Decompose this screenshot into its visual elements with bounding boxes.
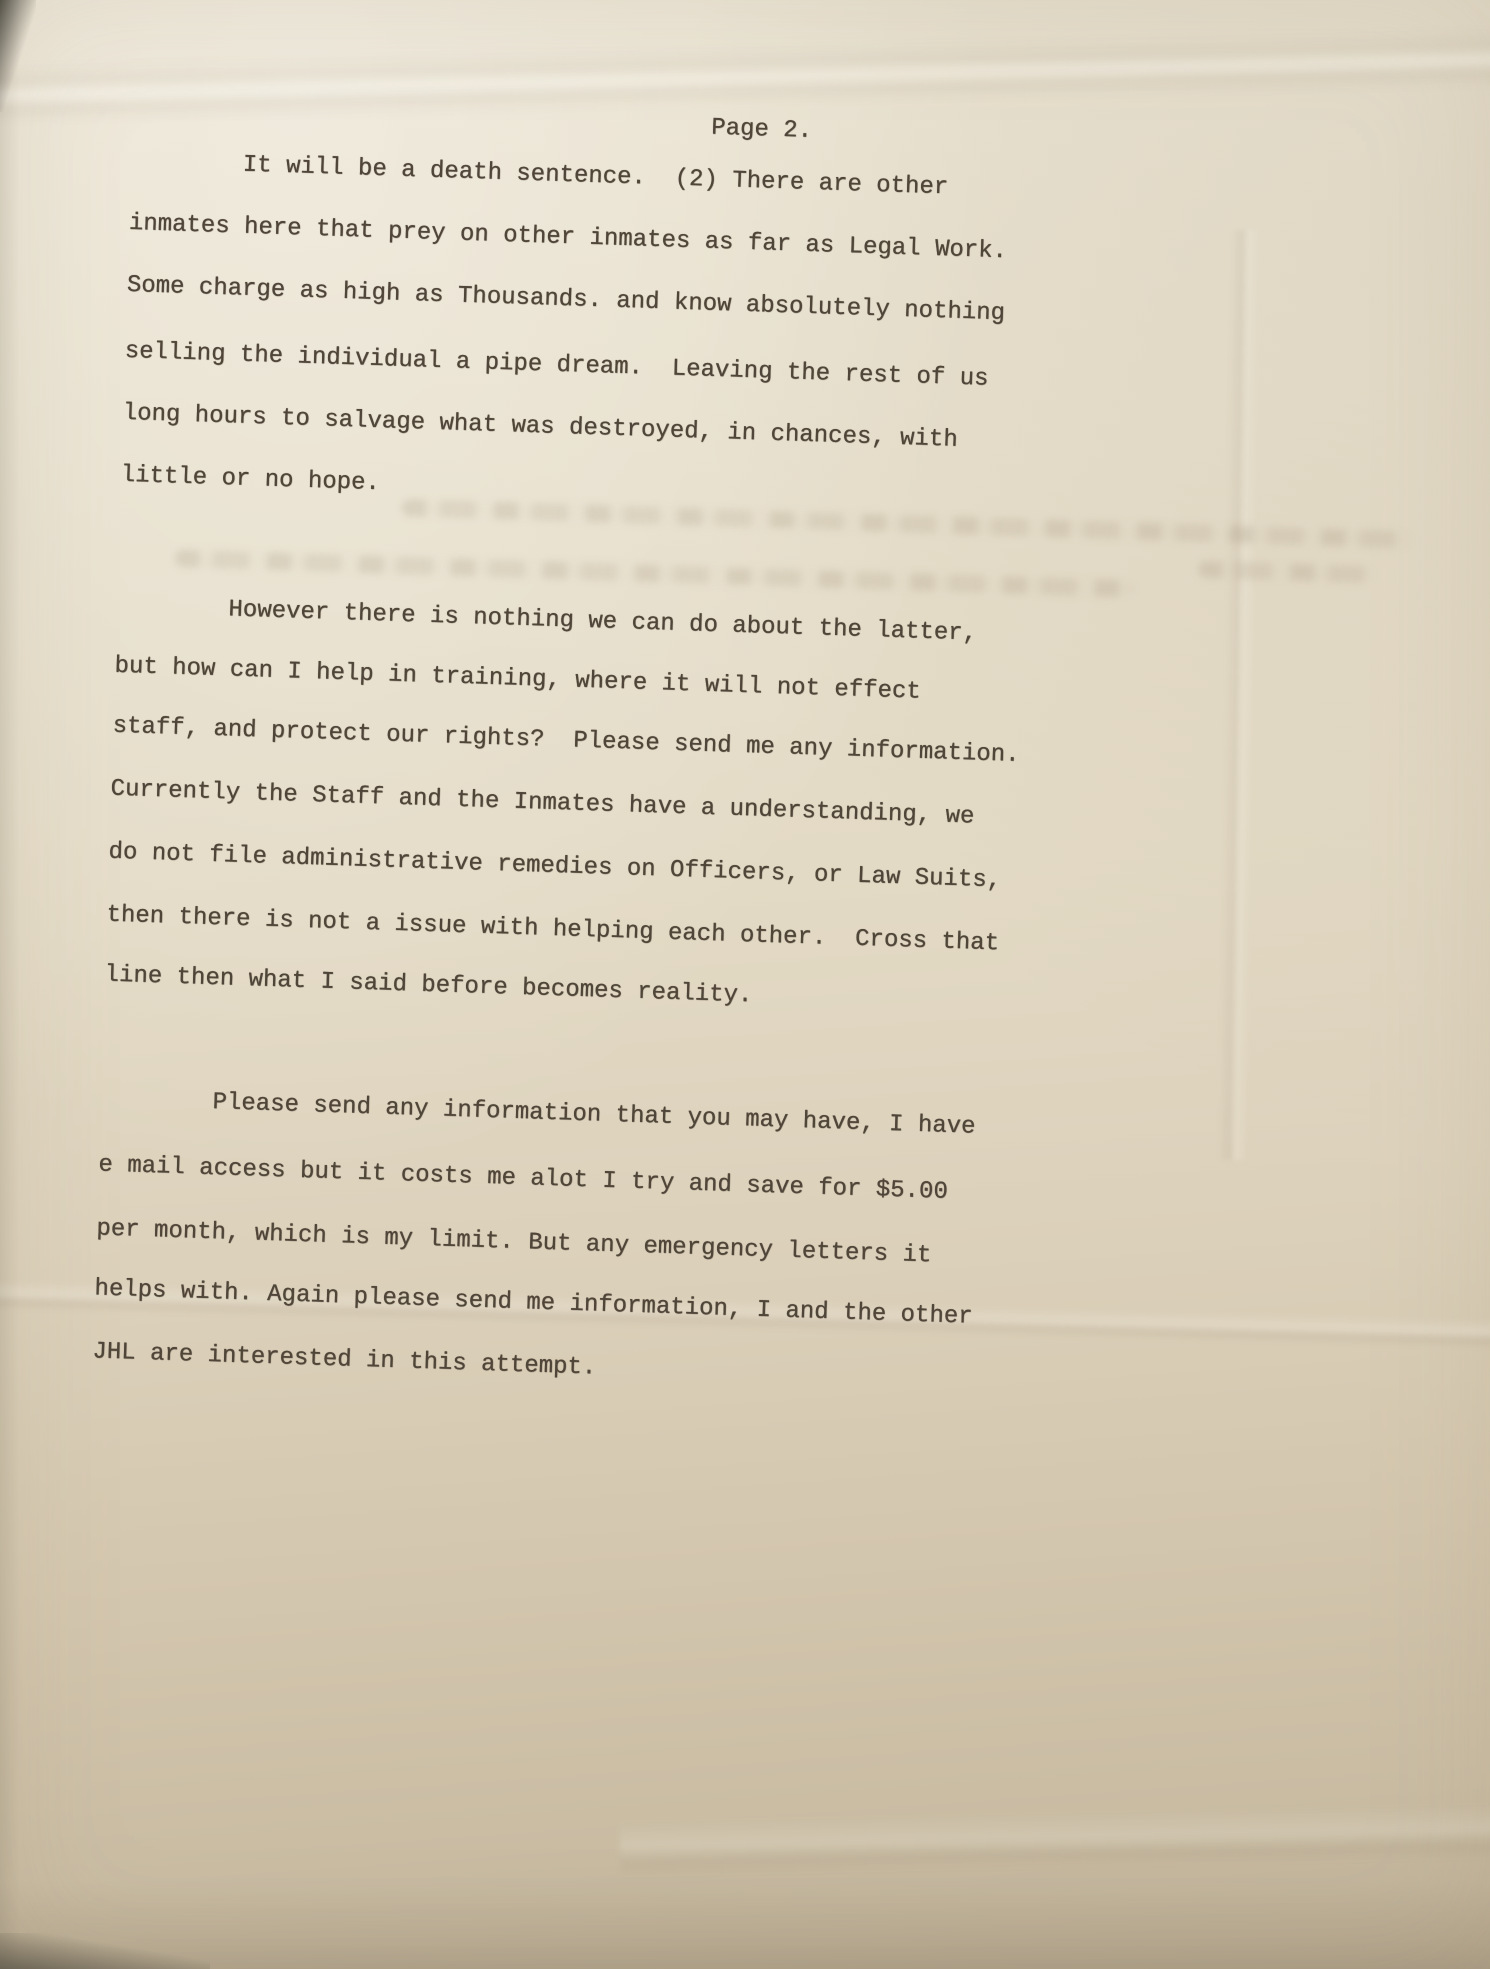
bleed-through-smudge bbox=[402, 499, 1412, 549]
typed-line: Some charge as high as Thousands. and kn… bbox=[126, 272, 1005, 327]
typed-text-block: Page 2. It will be a death sentence. (2)… bbox=[88, 96, 1373, 1535]
bleed-through-smudge bbox=[175, 550, 1135, 598]
typed-line: but how can I help in training, where it… bbox=[114, 653, 921, 706]
typed-line: then there is not a issue with helping e… bbox=[106, 902, 999, 958]
typed-line: per month, which is my limit. But any em… bbox=[96, 1215, 932, 1269]
typed-line: staff, and protect our rights? Please se… bbox=[112, 713, 1020, 769]
typed-line: line then what I said before becomes rea… bbox=[104, 962, 753, 1010]
bleed-through-smudge bbox=[1198, 561, 1373, 584]
typed-line: e mail access but it costs me alot I try… bbox=[98, 1151, 948, 1205]
typed-line: inmates here that prey on other inmates … bbox=[128, 210, 1007, 265]
typed-line: do not file administrative remedies on O… bbox=[108, 839, 1001, 895]
typed-line: little or no hope. bbox=[120, 462, 380, 497]
typed-line: It will be a death sentence. (2) There a… bbox=[242, 152, 948, 202]
typed-line: Currently the Staff and the Inmates have… bbox=[110, 776, 975, 831]
typed-line: selling the individual a pipe dream. Lea… bbox=[124, 338, 989, 393]
photographed-letter: Page 2. It will be a death sentence. (2)… bbox=[0, 0, 1490, 1969]
page-number-label: Page 2. bbox=[711, 115, 813, 145]
typed-line: helps with. Again please send me informa… bbox=[94, 1275, 973, 1330]
typed-line: However there is nothing we can do about… bbox=[228, 596, 977, 647]
typed-line: Please send any information that you may… bbox=[212, 1089, 976, 1141]
typed-line: JHL are interested in this attempt. bbox=[92, 1338, 597, 1381]
typed-line: long hours to salvage what was destroyed… bbox=[122, 400, 958, 454]
